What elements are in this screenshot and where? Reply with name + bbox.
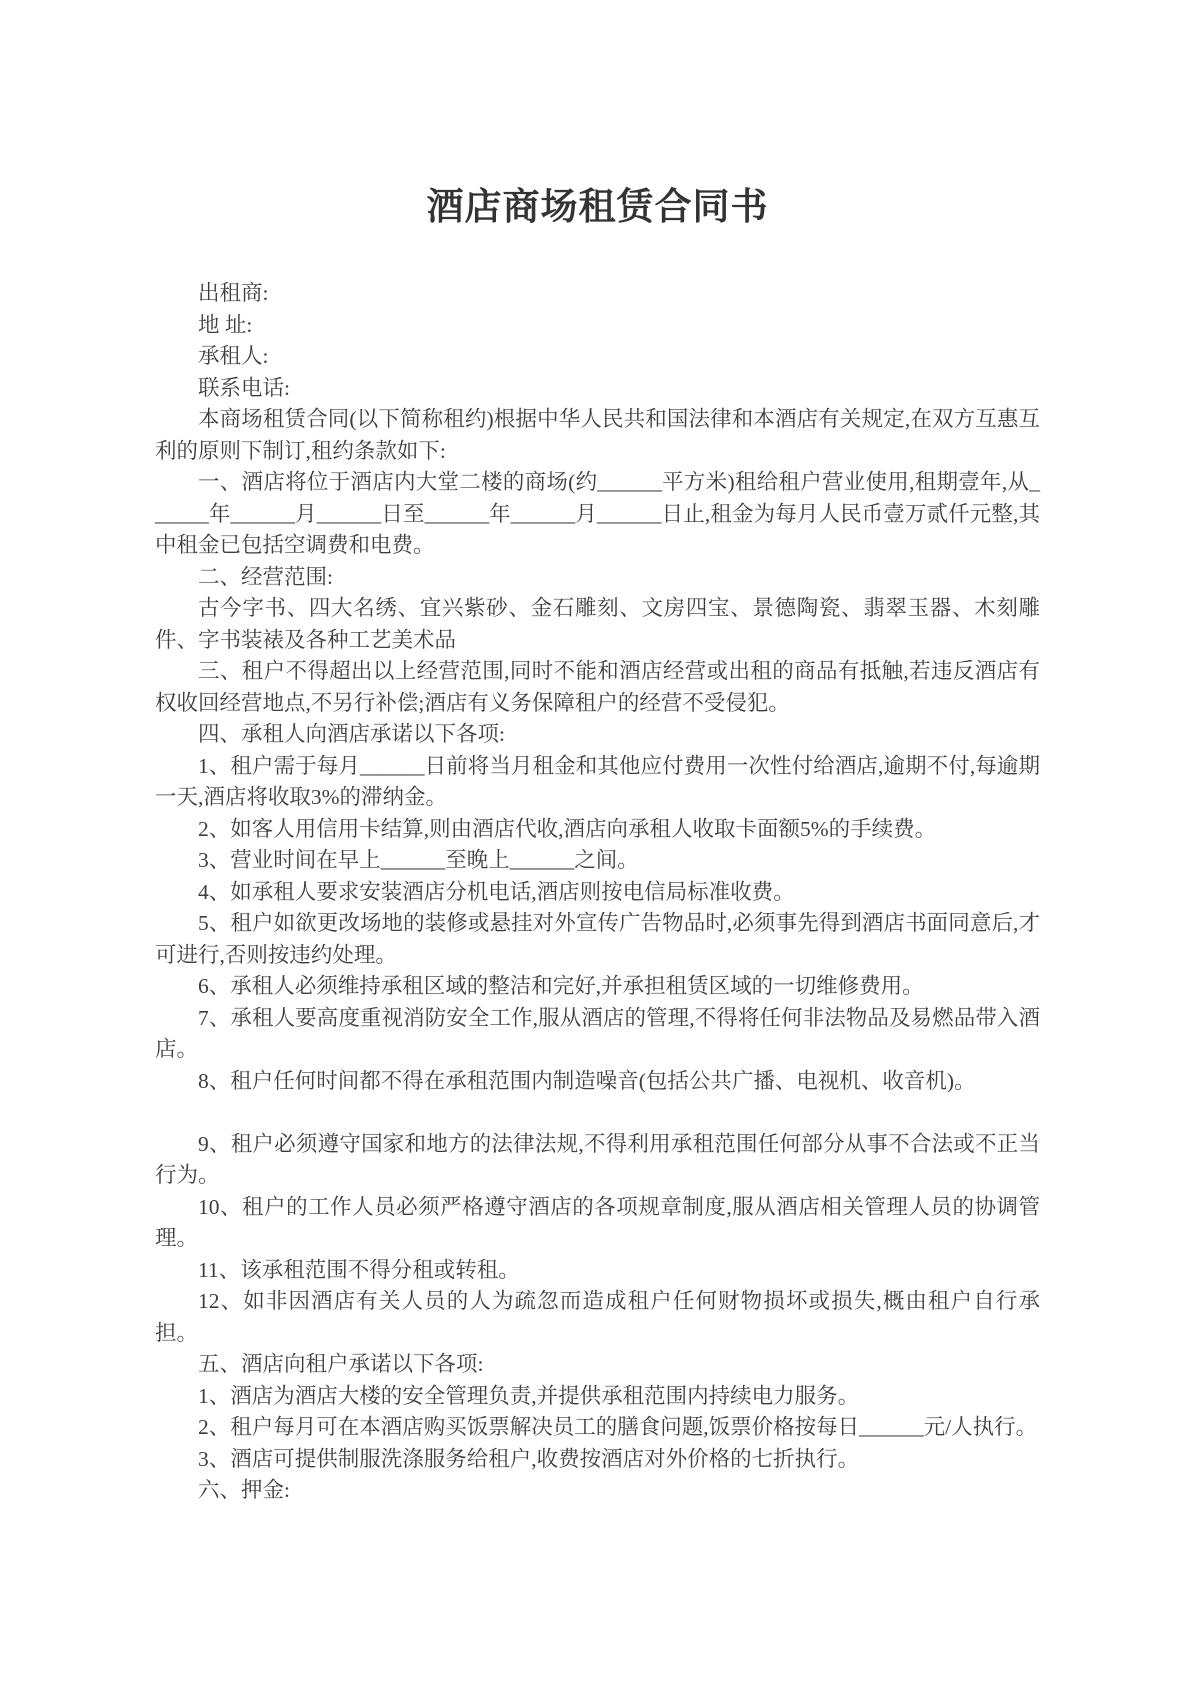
paragraph: 古今字书、四大名绣、宜兴紫砂、金石雕刻、文房四宝、景德陶瓷、翡翠玉器、木刻雕件、… <box>155 593 1040 656</box>
paragraph: 一、酒店将位于酒店内大堂二楼的商场(约______平方米)租给租户营业使用,租期… <box>155 467 1040 562</box>
paragraph: 12、如非因酒店有关人员的人为疏忽而造成租户任何财物损坏或损失,概由租户自行承担… <box>155 1286 1040 1349</box>
paragraph: 六、押金: <box>155 1475 1040 1507</box>
paragraph: 8、租户任何时间都不得在承租范围内制造噪音(包括公共广播、电视机、收音机)。 <box>155 1066 1040 1098</box>
paragraph: 2、租户每月可在本酒店购买饭票解决员工的膳食问题,饭票价格按每日______元/… <box>155 1412 1040 1444</box>
paragraph: 出租商: <box>155 278 1040 310</box>
paragraph: 9、租户必须遵守国家和地方的法律法规,不得利用承租范围任何部分从事不合法或不正当… <box>155 1129 1040 1192</box>
paragraph: 1、酒店为酒店大楼的安全管理负责,并提供承租范围内持续电力服务。 <box>155 1381 1040 1413</box>
paragraph: 本商场租赁合同(以下简称租约)根据中华人民共和国法律和本酒店有关规定,在双方互惠… <box>155 404 1040 467</box>
paragraph: 联系电话: <box>155 373 1040 405</box>
paragraph: 地 址: <box>155 310 1040 342</box>
paragraph: 2、如客人用信用卡结算,则由酒店代收,酒店向承租人收取卡面额5%的手续费。 <box>155 814 1040 846</box>
paragraph: 5、租户如欲更改场地的装修或悬挂对外宣传广告物品时,必须事先得到酒店书面同意后,… <box>155 908 1040 971</box>
paragraph: 五、酒店向租户承诺以下各项: <box>155 1349 1040 1381</box>
paragraph: 4、如承租人要求安装酒店分机电话,酒店则按电信局标准收费。 <box>155 877 1040 909</box>
paragraph: 7、承租人要高度重视消防安全工作,服从酒店的管理,不得将任何非法物品及易燃品带入… <box>155 1003 1040 1066</box>
paragraph: 3、酒店可提供制服洗涤服务给租户,收费按酒店对外价格的七折执行。 <box>155 1444 1040 1476</box>
document-body: 出租商:地 址:承租人:联系电话:本商场租赁合同(以下简称租约)根据中华人民共和… <box>155 278 1040 1507</box>
paragraph: 11、该承租范围不得分租或转租。 <box>155 1255 1040 1287</box>
paragraph: 3、营业时间在早上______至晚上______之间。 <box>155 845 1040 877</box>
paragraph: 承租人: <box>155 341 1040 373</box>
paragraph: 6、承租人必须维持承租区域的整洁和完好,并承担租赁区域的一切维修费用。 <box>155 971 1040 1003</box>
paragraph: 三、租户不得超出以上经营范围,同时不能和酒店经营或出租的商品有抵触,若违反酒店有… <box>155 656 1040 719</box>
document-title: 酒店商场租赁合同书 <box>155 186 1040 230</box>
paragraph: 二、经营范围: <box>155 562 1040 594</box>
paragraph: 四、承租人向酒店承诺以下各项: <box>155 719 1040 751</box>
paragraph: 10、租户的工作人员必须严格遵守酒店的各项规章制度,服从酒店相关管理人员的协调管… <box>155 1192 1040 1255</box>
paragraph: 1、租户需于每月______日前将当月租金和其他应付费用一次性付给酒店,逾期不付… <box>155 751 1040 814</box>
contract-page: 酒店商场租赁合同书 出租商:地 址:承租人:联系电话:本商场租赁合同(以下简称租… <box>0 0 1190 1683</box>
blank-line <box>155 1097 1040 1129</box>
